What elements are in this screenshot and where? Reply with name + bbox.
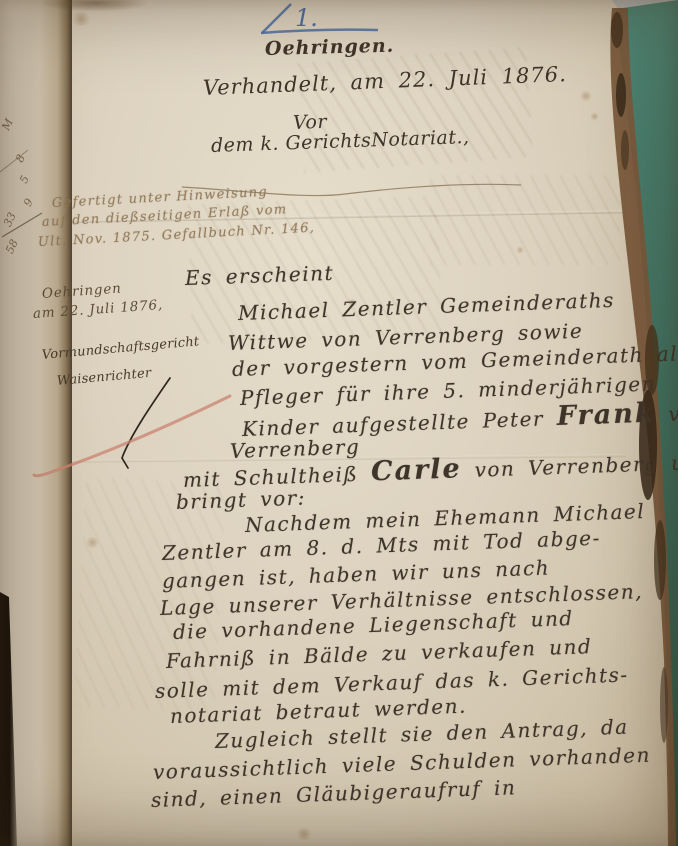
header-place: Oehringen. <box>265 35 395 60</box>
body-heading: Es erscheint <box>185 261 335 290</box>
ink-bleedthrough <box>430 175 620 265</box>
pen-flourish-stroke <box>122 378 170 468</box>
foxing-spot <box>86 536 99 549</box>
foxing-spot <box>295 828 313 840</box>
svg-text:1.: 1. <box>295 4 318 32</box>
blue-page-mark: 1. <box>261 4 378 33</box>
foxing-spot <box>70 12 92 26</box>
foxing-spot <box>580 90 592 102</box>
manuscript-photo: M 8 5 9 33 58 Oehringen. Verhandelt, am … <box>0 0 678 846</box>
emphasized-name: Frank <box>556 398 656 432</box>
header-date-line: Verhandelt, am 22. Juli 1876. <box>203 62 568 100</box>
foxing-spot <box>516 246 524 254</box>
manuscript-line: bringt vor: <box>176 485 307 514</box>
emphasized-name: Carle <box>371 453 463 487</box>
header-notariat: dem k. GerichtsNotariat., <box>211 126 470 157</box>
foxing-spot <box>590 112 599 121</box>
